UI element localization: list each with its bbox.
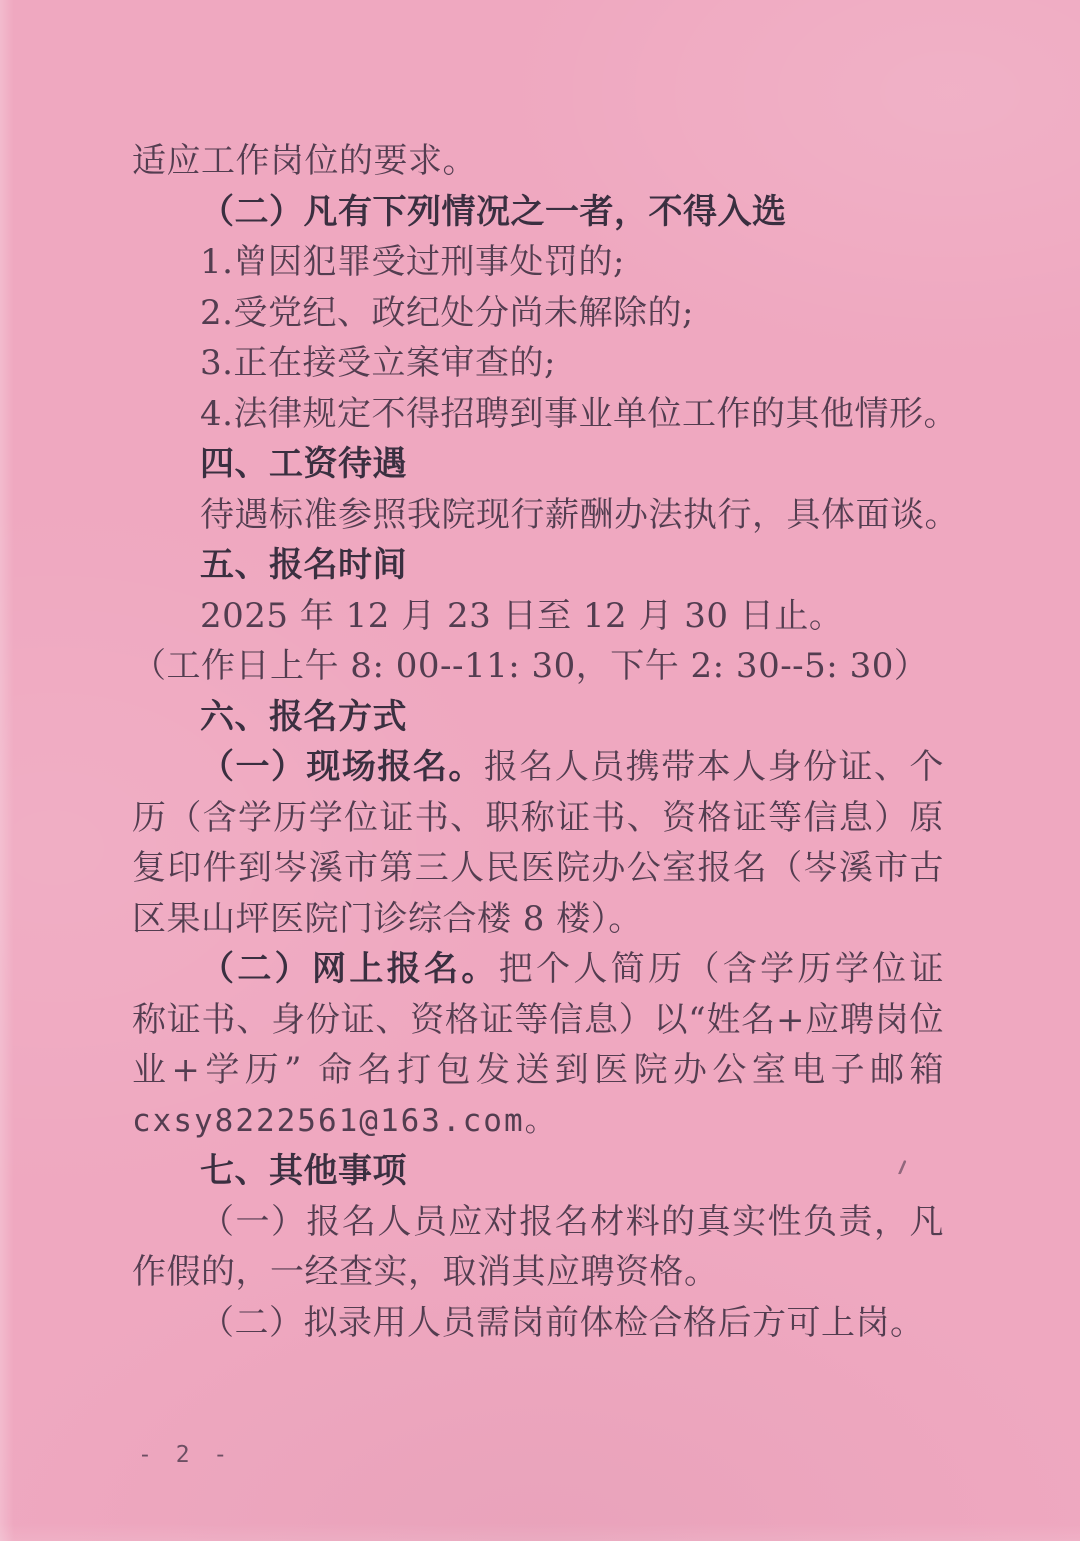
line-intro-continuation: 适应工作岗位的要求。 [132,136,944,187]
line-text: 4.法律规定不得招聘到事业单位工作的其他情形。 [200,394,958,434]
line-other-matters-1a: （一）报名人员应对报名材料的真实性负责，凡弄虚 [132,1197,944,1248]
heading-salary: 四、工资待遇 [132,439,944,490]
item-criminal-record: 1.曾因犯罪受过刑事处罚的; [132,237,944,288]
line-onsite-registration-4: 区果山坪医院门诊综合楼 8 楼）。 [132,894,944,945]
line-text: 待遇标准参照我院现行薪酬办法执行，具体面谈。 [200,495,959,535]
page-number: - 2 - [138,1442,232,1468]
line-text: 称证书、身份证、资格证等信息）以“姓名+应聘岗位+专 [132,1000,944,1046]
line-text: （一）报名人员应对报名材料的真实性负责，凡弄虚 [132,1202,944,1248]
heading-text: （二）凡有下列情况之一者，不得入选 [200,192,787,232]
line-online-registration-1: （二）网上报名。把个人简历（含学历学位证书、职 [132,944,944,995]
heading-registration-time: 五、报名时间 [132,540,944,591]
email-text: cxsy8222561@163.com。 [132,1103,558,1139]
document-body: 适应工作岗位的要求。 （二）凡有下列情况之一者，不得入选 1.曾因犯罪受过刑事处… [132,136,944,1348]
line-other-matters-2: （二）拟录用人员需岗前体检合格后方可上岗。 [132,1298,944,1349]
line-onsite-registration-1: （一）现场报名。报名人员携带本人身份证、个人简 [132,742,944,793]
line-other-matters-1b: 作假的，一经查实，取消其应聘资格。 [132,1247,944,1298]
line-onsite-registration-2: 历（含学历学位证书、职称证书、资格证等信息）原件及 [132,793,944,844]
heading-text: 四、工资待遇 [200,444,407,484]
item-discipline-unresolved: 2.受党纪、政纪处分尚未解除的; [132,288,944,339]
line-text: （工作日上午 8: 00--11: 30，下午 2: 30--5: 30） [132,646,928,686]
line-working-hours: （工作日上午 8: 00--11: 30，下午 2: 30--5: 30） [132,641,944,692]
heading-text: 七、其他事项 [200,1151,407,1191]
line-text: 适应工作岗位的要求。 [132,141,477,181]
heading-text: 五、报名时间 [200,545,407,585]
line-onsite-registration-3: 复印件到岑溪市第三人民医院办公室报名（岑溪市古塘社 [132,843,944,894]
line-text: 区果山坪医院门诊综合楼 8 楼）。 [132,899,643,939]
line-salary-detail: 待遇标准参照我院现行薪酬办法执行，具体面谈。 [132,490,944,541]
scanned-notice-page: 适应工作岗位的要求。 （二）凡有下列情况之一者，不得入选 1.曾因犯罪受过刑事处… [0,0,1080,1541]
item-other-legal-restrictions: 4.法律规定不得招聘到事业单位工作的其他情形。 [132,389,944,440]
online-registration-label: （二）网上报名。 [200,949,499,989]
line-text: 1.曾因犯罪受过刑事处罚的; [200,242,625,282]
line-text: 2025 年 12 月 23 日至 12 月 30 日止。 [200,596,843,636]
line-text: 作假的，一经查实，取消其应聘资格。 [132,1252,719,1292]
heading-other-matters: 七、其他事项 [132,1146,944,1197]
heading-text: 六、报名方式 [200,697,407,737]
line-text: （二）拟录用人员需岗前体检合格后方可上岗。 [200,1303,925,1343]
line-email-address: cxsy8222561@163.com。 [132,1096,944,1147]
line-text: 3.正在接受立案审查的; [200,343,556,383]
line-online-registration-2: 称证书、身份证、资格证等信息）以“姓名+应聘岗位+专 [132,995,944,1046]
line-text: 业+学历” 命名打包发送到医院办公室电子邮箱 [132,1050,944,1090]
line-text: 2.受党纪、政纪处分尚未解除的; [200,293,694,333]
line-registration-dates: 2025 年 12 月 23 日至 12 月 30 日止。 [132,591,944,642]
line-online-registration-3: 业+学历” 命名打包发送到医院办公室电子邮箱 [132,1045,944,1096]
line-text: 复印件到岑溪市第三人民医院办公室报名（岑溪市古塘社 [132,848,944,894]
heading-registration-method: 六、报名方式 [132,692,944,743]
onsite-registration-label: （一）现场报名。 [200,747,484,787]
heading-disqualification: （二）凡有下列情况之一者，不得入选 [132,187,944,238]
line-text: 历（含学历学位证书、职称证书、资格证等信息）原件及 [132,798,944,844]
item-under-investigation: 3.正在接受立案审查的; [132,338,944,389]
